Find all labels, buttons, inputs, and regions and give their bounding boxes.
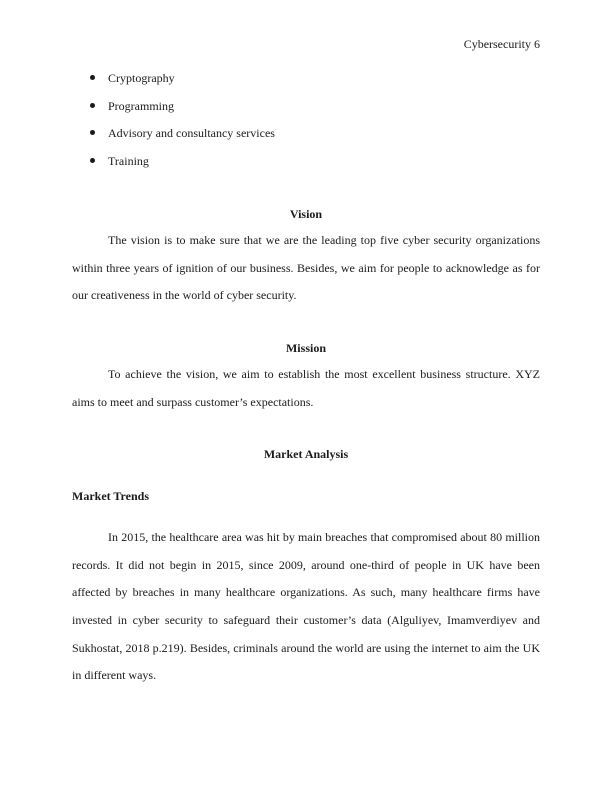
bullet-icon: [90, 130, 95, 135]
paragraph-line: Sukhostat, 2018 p.219). Besides, crimina…: [72, 635, 540, 663]
list-item: Cryptography: [72, 70, 275, 98]
paragraph-line: invested in cyber security to safeguard …: [72, 607, 540, 635]
paragraph-line: our creativeness in the world of cyber s…: [72, 282, 540, 310]
bullet-icon: [90, 158, 95, 163]
paragraph-line: aims to meet and surpass customer’s expe…: [72, 389, 540, 417]
vision-heading: Vision: [72, 206, 540, 222]
market-trends-paragraph: In 2015, the healthcare area was hit by …: [72, 524, 540, 690]
paragraph-line: affected by breaches in many healthcare …: [72, 579, 540, 607]
list-item-text: Programming: [108, 99, 174, 113]
list-item-text: Cryptography: [108, 71, 175, 85]
list-item: Advisory and consultancy services: [72, 125, 275, 153]
mission-heading: Mission: [72, 340, 540, 356]
market-analysis-heading: Market Analysis: [72, 446, 540, 462]
list-item: Training: [72, 153, 275, 181]
paragraph-line: in different ways.: [72, 662, 540, 690]
services-bullet-list: Cryptography Programming Advisory and co…: [72, 70, 275, 181]
list-item-text: Advisory and consultancy services: [108, 126, 275, 140]
paragraph-line: records. It did not begin in 2015, since…: [72, 552, 540, 580]
vision-paragraph: The vision is to make sure that we are t…: [72, 227, 540, 310]
bullet-icon: [90, 103, 95, 108]
bullet-icon: [90, 75, 95, 80]
paragraph-line: To achieve the vision, we aim to establi…: [72, 361, 540, 389]
paragraph-line: The vision is to make sure that we are t…: [72, 227, 540, 255]
paragraph-line: In 2015, the healthcare area was hit by …: [72, 524, 540, 552]
list-item-text: Training: [108, 154, 149, 168]
mission-paragraph: To achieve the vision, we aim to establi…: [72, 361, 540, 416]
list-item: Programming: [72, 98, 275, 126]
paragraph-line: within three years of ignition of our bu…: [72, 255, 540, 283]
running-head: Cybersecurity 6: [464, 36, 540, 52]
market-trends-subheading: Market Trends: [72, 488, 540, 504]
